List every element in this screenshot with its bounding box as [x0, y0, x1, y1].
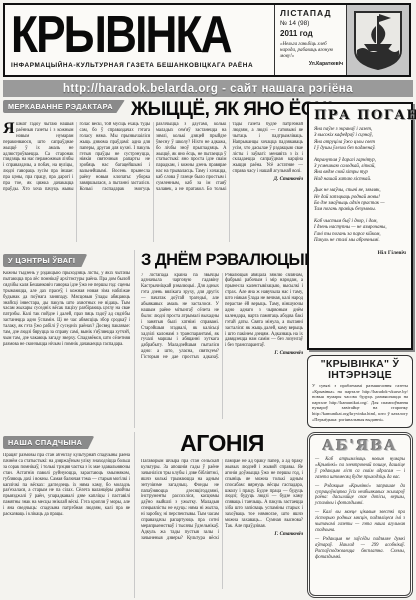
poem-title: ПРА ПОГАНЬ: [314, 108, 406, 123]
announcement-title: АБ'ЯВА: [315, 438, 405, 454]
agony-signature: Г. Станкевіч: [225, 532, 303, 538]
masthead-quote-author: Ул.Караткевіч: [280, 61, 343, 67]
announcement-item: — Рэдакцыя не заўсёды падзяляе думкі аўт…: [315, 537, 405, 561]
revolution-headline: З ДНЁМ РЭВАЛЮЦЫІ!: [141, 252, 303, 269]
masthead-logo-box: [346, 5, 409, 75]
article-focus: У ЦЭНТРЫ ЎВАГІ Кожны тыдзень у рэдакцыю …: [3, 250, 135, 428]
announcement-item: — Калі вы маеце цікавыя звесткі пра гіст…: [315, 510, 405, 534]
main-content: МЕРКАВАННЕ РЭДАКТАРА ЖЫЦЦЁ, ЯК ЯНО ЁСЦЬ …: [3, 100, 413, 598]
poem-author: Ніл Гілевіч: [314, 250, 406, 256]
poem-stanza: Яна паўзе з экранаў і газет, З высокіх к…: [314, 127, 406, 153]
internet-box-title: "КРЫВІНКА" Ў ІНТЭРНЭЦЕ: [312, 359, 408, 381]
masthead-title-column: КРЫВІНКА ІНФАРМАЦЫЙНА-КУЛЬТУРНАЯ ГАЗЕТА …: [5, 5, 274, 75]
poem-stanza: Дык не маўчы, спыні яе, зямляк, Не дай з…: [314, 188, 406, 214]
issue-month: ЛІСТАПАД: [280, 8, 343, 18]
site-url-text: http://haradok.belarda.org - сайт нашага…: [63, 83, 353, 95]
article-revolution: З ДНЁМ РЭВАЛЮЦЫІ! 7 лістапада краіна па …: [141, 250, 303, 428]
issue-info: ЛІСТАПАД № 14 (98) 2011 год «Нельга гань…: [274, 5, 346, 75]
article-agony: АГОНІЯ Пагаворым шчыра пра стан сельскай…: [141, 432, 303, 598]
masthead: КРЫВІНКА ІНФАРМАЦЫЙНА-КУЛЬТУРНАЯ ГАЗЕТА …: [3, 3, 411, 77]
announcement-item: — Рэдакцыя «Крывінкі» запрашае да супрац…: [315, 484, 405, 508]
focus-body: Кожны тыдзень у рэдакцыю прыходзяць ліст…: [3, 271, 130, 431]
newspaper-page: КРЫВІНКА ІНФАРМАЦЫЙНА-КУЛЬТУРНАЯ ГАЗЕТА …: [0, 0, 416, 600]
section-label-editor-opinion: МЕРКАВАННЕ РЭДАКТАРА: [3, 100, 125, 113]
ship-emblem-icon: [351, 8, 405, 72]
poem-stanza: Каб чыстым быў і двор, і дом, І дзень на…: [314, 219, 406, 245]
article-editorial: МЕРКАВАННЕ РЭДАКТАРА ЖЫЦЦЁ, ЯК ЯНО ЁСЦЬ …: [3, 100, 303, 247]
revolution-signature: Г. Станкевіч: [225, 351, 303, 357]
revolution-body-text: 7 лістапада краіна па звычцы адзначыла ч…: [141, 273, 303, 361]
section-label-in-focus: У ЦЭНТРЫ ЎВАГІ: [3, 254, 87, 267]
masthead-quote: «Нельга ганьбіць хлеб народа, рабаваць я…: [280, 42, 343, 60]
poem-box: ПРА ПОГАНЬ Яна паўзе з экранаў і газет, …: [307, 102, 413, 350]
agony-headline: АГОНІЯ: [141, 432, 303, 455]
poem-stanza: Апранутая ў дарагі гарнітур, З усмешкаю …: [314, 158, 406, 184]
article-heritage: НАША СПАДЧЫНА Працяг размовы пра стан аб…: [3, 432, 135, 598]
revolution-body: 7 лістапада краіна па звычцы адзначыла ч…: [141, 273, 303, 419]
editorial-signature: Д. Станкевіч: [233, 177, 304, 183]
section-label-our-heritage: НАША СПАДЧЫНА: [3, 436, 94, 449]
editorial-header: МЕРКАВАННЕ РЭДАКТАРА ЖЫЦЦЁ, ЯК ЯНО ЁСЦЬ: [3, 100, 303, 122]
url-bar: http://haradok.belarda.org - сайт нашага…: [3, 80, 413, 97]
heritage-body: Працяг размовы пра стан аб'ектаў культур…: [3, 453, 130, 600]
issue-number: № 14 (98): [280, 20, 343, 27]
announcement-box: АБ'ЯВА — Каб атрымліваць новыя нумары «К…: [307, 432, 413, 598]
agony-body-text: Пагаворым шчыра пра стан сельскай культу…: [141, 459, 303, 541]
agony-body: Пагаворым шчыра пра стан сельскай культу…: [141, 459, 303, 589]
issue-year: 2011 год: [280, 29, 343, 38]
internet-box-body: У сувязі з праблемамі размяшчэння газеты…: [312, 383, 408, 428]
editorial-dropcap: Я: [3, 122, 16, 136]
editorial-body: Яшмат гадоў чытаю нашыя раённыя газеты і…: [3, 122, 303, 242]
announcement-item: — Каб атрымліваць новыя нумары «Крывінкі…: [315, 457, 405, 481]
internet-box: "КРЫВІНКА" Ў ІНТЭРНЭЦЕ У сувязі з прабле…: [307, 355, 413, 428]
newspaper-title: КРЫВІНКА: [11, 6, 231, 63]
